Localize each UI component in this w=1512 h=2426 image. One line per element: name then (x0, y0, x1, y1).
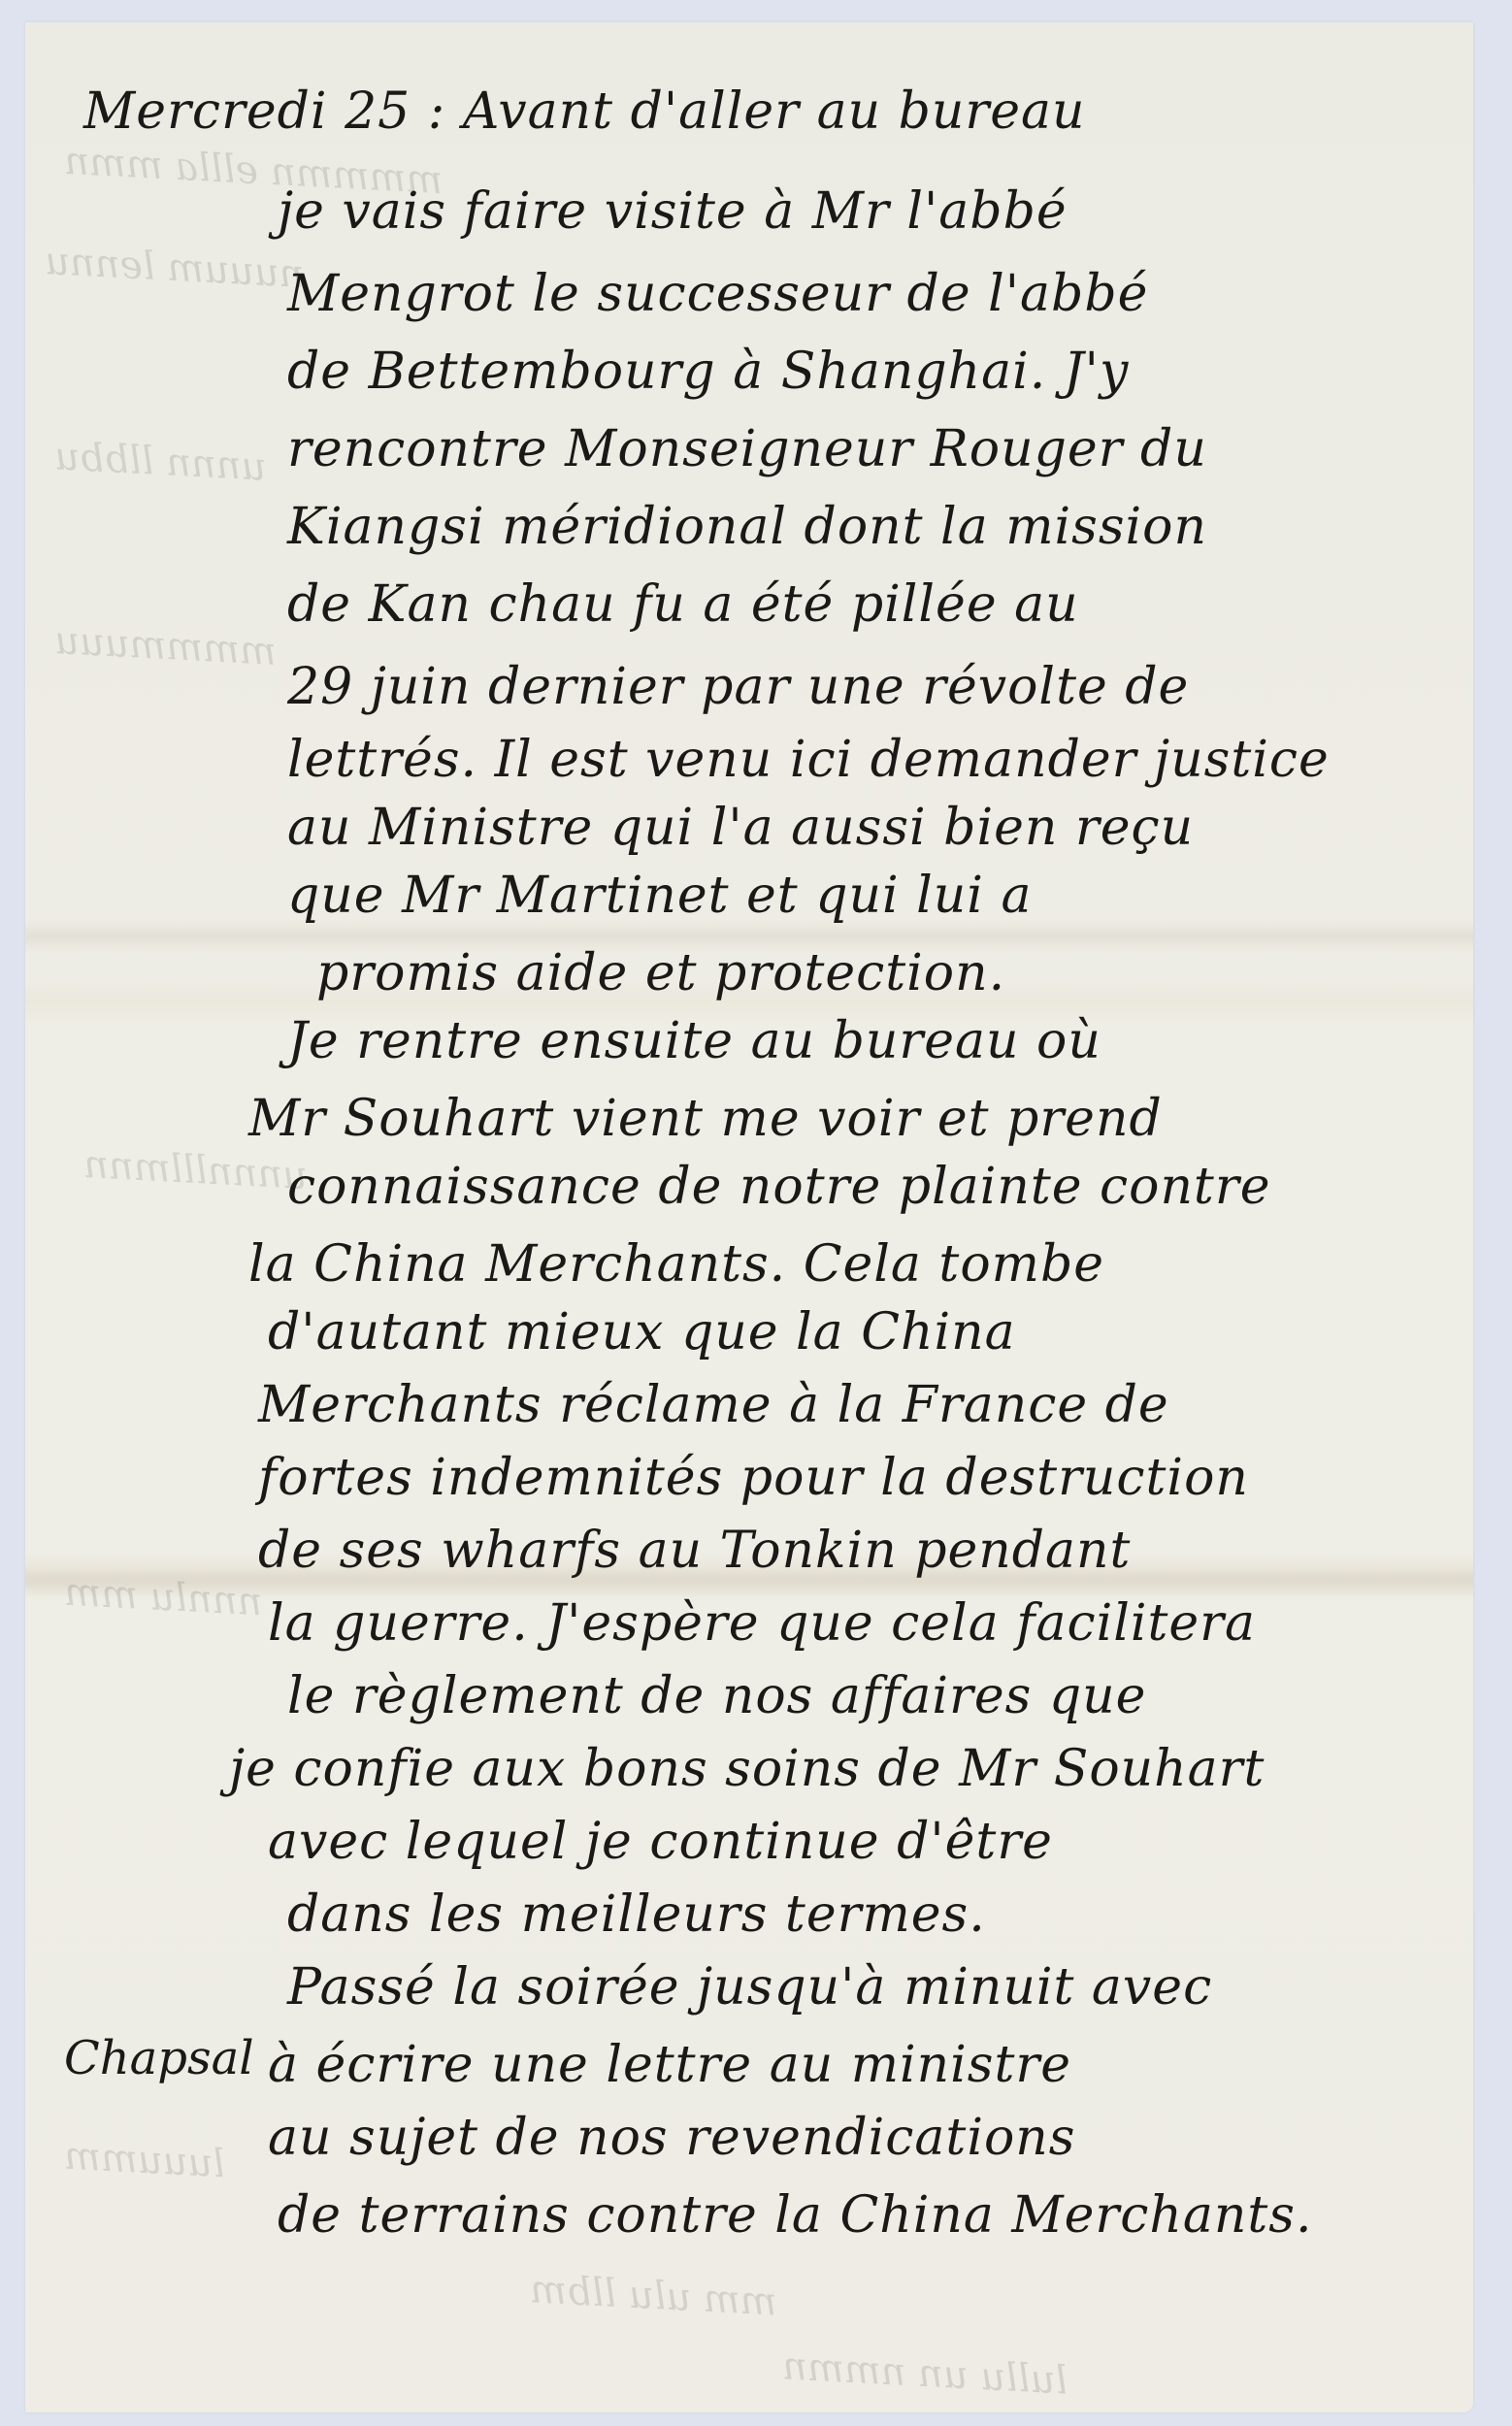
letter-line: promis aide et protection. (316, 944, 1005, 1002)
letter-line: à écrire une lettre au ministre (268, 2036, 1071, 2094)
letter-line: Je rentre ensuite au bureau où (287, 1012, 1101, 1070)
letter-line: Mercredi 25 : Avant d'aller au bureau (83, 82, 1086, 141)
letter-line: dans les meilleurs termes. (287, 1885, 986, 1944)
letter-line: Kiangsi méridional dont la mission (287, 498, 1207, 556)
letter-line: de Bettembourg à Shanghai. J'y (287, 343, 1129, 401)
bleed-through-text: unnn llbbu (53, 434, 267, 489)
letter-line: rencontre Monseigneur Rouger du (287, 420, 1207, 478)
letter-line: de Kan chau fu a été pillée au (287, 575, 1079, 634)
bleed-through-text: luuumm (63, 2134, 226, 2187)
letter-line: le règlement de nos affaires que (287, 1667, 1146, 1725)
letter-page: mmmmn ellla mmn nuuum lennu unnn llbbu m… (25, 22, 1473, 2412)
letter-line: connaissance de notre plainte contre (287, 1158, 1270, 1216)
bleed-through-text: nuuum lennu (44, 239, 305, 297)
letter-line: au Ministre qui l'a aussi bien reçu (287, 799, 1194, 857)
letter-line: Passé la soirée jusqu'à minuit avec (287, 1958, 1212, 2016)
letter-line: que Mr Martinet et qui lui a (287, 867, 1032, 925)
letter-line: 29 juin dernier par une révolte de (287, 658, 1189, 716)
margin-note: Chapsal (64, 2031, 254, 2085)
letter-line: fortes indemnités pour la destruction (258, 1449, 1249, 1507)
letter-line: au sujet de nos revendications (268, 2109, 1075, 2167)
letter-line: Merchants réclame à la France de (258, 1376, 1169, 1434)
letter-line: d'autant mieux que la China (268, 1303, 1016, 1361)
letter-line: je confie aux bons soins de Mr Souhart (229, 1740, 1265, 1798)
bleed-through-text: unnnlllmnn (82, 1142, 309, 1198)
bleed-through-text: nnnlu mm (63, 1570, 264, 1625)
bleed-through-text: mm ulu llbm (529, 2267, 778, 2324)
letter-line: de ses wharfs au Tonkin pendant (258, 1522, 1131, 1580)
letter-line: Mengrot le successeur de l'abbé (287, 265, 1148, 323)
letter-line: lettrés. Il est venu ici demander justic… (287, 731, 1330, 789)
bleed-through-text: lullu un nmmn (781, 2344, 1068, 2403)
letter-line: je vais faire visite à Mr l'abbé (278, 182, 1068, 241)
bleed-through-text: mmmmuuu (53, 618, 278, 674)
letter-line: la guerre. J'espère que cela facilitera (268, 1594, 1256, 1653)
letter-line: Mr Souhart vient me voir et prend (248, 1090, 1163, 1148)
letter-line: de terrains contre la China Merchants. (278, 2186, 1312, 2245)
letter-line: la China Merchants. Cela tombe (248, 1235, 1104, 1294)
letter-line: avec lequel je continue d'être (268, 1813, 1053, 1871)
